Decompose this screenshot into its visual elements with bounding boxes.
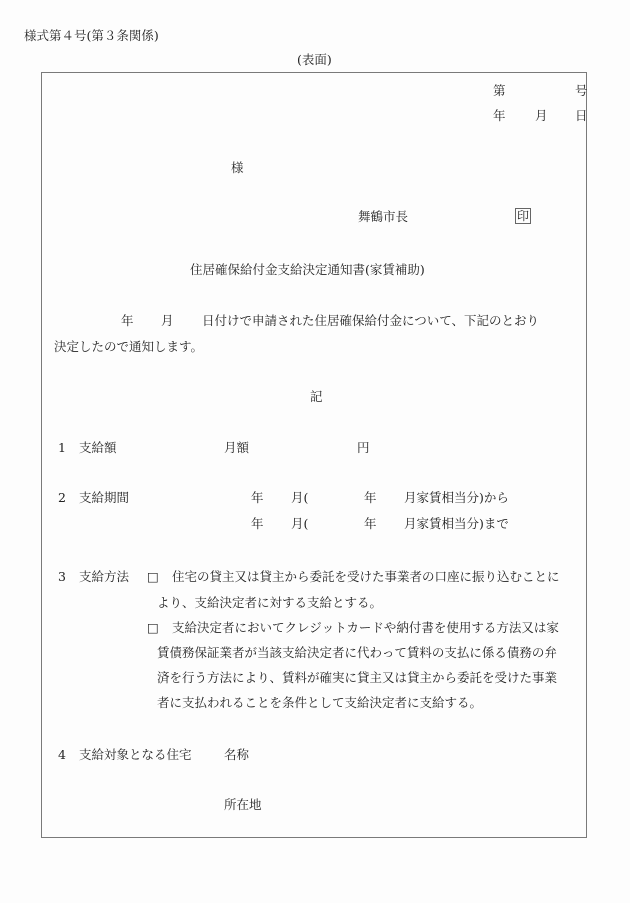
item2-to-year: 年 bbox=[251, 518, 264, 531]
number-suffix: 号 bbox=[575, 85, 588, 98]
option2-text-line3: 済を行う方法により、賃料が確実に貸主又は貸主から委託を受けた事業 bbox=[157, 672, 557, 685]
item2-to-year2: 年 bbox=[364, 518, 377, 531]
body-month: 月 bbox=[161, 315, 174, 328]
document-title: 住居確保給付金支給決定通知書(家賃補助) bbox=[190, 264, 425, 277]
option2-checkbox[interactable]: □ bbox=[147, 622, 159, 635]
item2-to-rest: 月家賃相当分)まで bbox=[404, 518, 509, 531]
form-number-label: 様式第４号(第３条関係) bbox=[24, 30, 159, 43]
item3-number: 3 bbox=[58, 571, 66, 584]
item2-number: 2 bbox=[58, 492, 66, 505]
item1-monthly-label: 月額 bbox=[224, 442, 249, 455]
item1-yen-label: 円 bbox=[357, 442, 370, 455]
side-label: (表面) bbox=[297, 54, 332, 67]
item2-label: 支給期間 bbox=[79, 492, 129, 505]
item2-from-month: 月( bbox=[291, 492, 308, 505]
addressee-suffix: 様 bbox=[231, 162, 244, 175]
body-text-line2: 決定したので通知します。 bbox=[54, 341, 203, 354]
option2-text-line1: 支給決定者においてクレジットカードや納付書を使用する方法又は家 bbox=[172, 622, 559, 635]
date-year: 年 bbox=[493, 110, 506, 123]
option1-text-line1: 住宅の貸主又は貸主から委託を受けた事業者の口座に振り込むことに bbox=[172, 571, 560, 584]
item4-name-label: 名称 bbox=[224, 749, 249, 762]
seal-mark: 印 bbox=[515, 208, 531, 224]
item1-label: 支給額 bbox=[79, 442, 117, 455]
body-year: 年 bbox=[121, 315, 134, 328]
item2-from-year2: 年 bbox=[364, 492, 377, 505]
number-prefix: 第 bbox=[493, 85, 506, 98]
item3-label: 支給方法 bbox=[79, 571, 129, 584]
option2-text-line4: 者に支払われることを条件として支給決定者に支給する。 bbox=[157, 697, 482, 710]
item4-address-label: 所在地 bbox=[224, 799, 262, 812]
item1-number: 1 bbox=[58, 442, 66, 455]
issuer: 舞鶴市長 bbox=[358, 211, 408, 224]
item4-label: 支給対象となる住宅 bbox=[79, 749, 192, 762]
item2-to-month: 月( bbox=[291, 518, 308, 531]
document-frame bbox=[41, 72, 587, 838]
item2-from-year: 年 bbox=[251, 492, 264, 505]
item2-from-rest: 月家賃相当分)から bbox=[404, 492, 509, 505]
ki-heading: 記 bbox=[310, 391, 323, 404]
item4-number: 4 bbox=[58, 749, 66, 762]
date-month: 月 bbox=[535, 110, 548, 123]
option1-checkbox[interactable]: □ bbox=[147, 571, 159, 584]
body-text-line1: 日付けで申請された住居確保給付金について、下記のとおり bbox=[202, 315, 539, 328]
option1-text-line2: より、支給決定者に対する支給とする。 bbox=[157, 597, 382, 610]
option2-text-line2: 賃債務保証業者が当該支給決定者に代わって賃料の支払に係る債務の弁 bbox=[157, 647, 557, 660]
date-day: 日 bbox=[575, 110, 588, 123]
